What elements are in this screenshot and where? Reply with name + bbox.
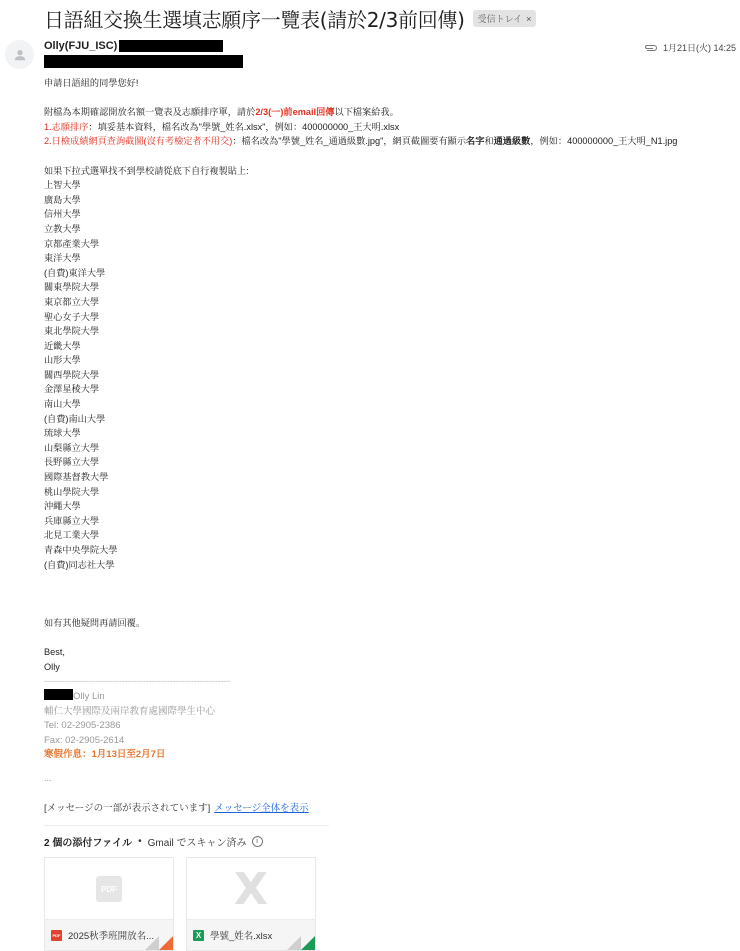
school-item: 青森中央學院大學 [44,543,677,558]
attachments-divider [44,825,329,826]
signoff-name: Olly [44,660,677,675]
attachment-card-xlsx[interactable]: X X 學號_姓名.xlsx [186,857,316,951]
info-icon[interactable]: i [252,836,263,847]
school-item: (自費)東洋大學 [44,266,677,281]
remove-label-icon[interactable]: × [526,14,531,24]
item2-text-and: 和 [484,136,493,146]
signature-name-row: Olly Lin [44,689,677,705]
spreadsheet-icon: X [234,864,268,915]
school-item: 聖心女子大學 [44,310,677,325]
item1-label: 1.志願排序 [44,122,88,132]
school-item: 長野縣立大學 [44,455,677,470]
school-list: 上智大學 廣島大學 信州大學 立教大學 京都產業大學 東洋大學 (自費)東洋大學… [44,178,677,572]
school-item: 東洋大學 [44,251,677,266]
greeting: 申請日語組的同學您好! [44,76,677,91]
page-fold-icon [159,936,173,950]
subject-row: 日語組交換生選填志願序一覽表(請於2/3前回傳) 受信トレイ × [44,4,536,33]
fold-shade [287,936,301,950]
school-item: 上智大學 [44,178,677,193]
item2-example: ，例如：400000000_王大明_N1.jpg [530,136,677,146]
email-meta: 1月21日(火) 14:25 [644,41,736,54]
inbox-label-chip[interactable]: 受信トレイ × [473,10,537,27]
intro-line: 附檔為本期確認開放名額一覽表及志願排序單，請於2/3(一)前email回傳以下檔… [44,105,677,120]
school-item: 立教大學 [44,222,677,237]
item1-text: ：填妥基本資料，檔名改為"學號_姓名.xlsx"，例如：400000000_王大… [88,122,399,132]
holiday-notice: 寒假作息：1月13日至2月7日 [44,748,677,763]
school-item: 東北學院大學 [44,324,677,339]
sender-row: Olly(FJU_ISC) [44,40,223,52]
school-item: 山形大學 [44,353,677,368]
school-item: 桃山學院大學 [44,485,677,500]
page-fold-icon [301,936,315,950]
item2-text: ：檔名改為"學號_姓名_通過級數.jpg"，網頁截圖要有顯示 [232,136,466,146]
attachment-count: 2 個の添付ファイル [44,834,132,849]
item2-bold-name: 名字 [466,136,484,146]
redacted-title [44,689,73,700]
closing-question: 如有其他疑問再請回覆。 [44,616,677,631]
scan-status: Gmail でスキャン済み [148,834,247,849]
school-item: 沖繩大學 [44,499,677,514]
sender-avatar[interactable] [5,40,34,69]
paperclip-icon [644,44,657,52]
signature-block: Olly Lin 輔仁大學國際及兩岸教育處國際學生中心 Tel: 02-2905… [44,689,677,763]
redacted-sender-email [119,40,223,52]
signature-org: 輔仁大學國際及兩岸教育處國際學生中心 [44,705,677,720]
fold-shade [145,936,159,950]
redacted-recipient [44,55,243,68]
school-item: 近畿大學 [44,339,677,354]
school-item: 山梨縣立大學 [44,441,677,456]
item2-label: 2.日檢成績網頁查詢截圖(沒有考檢定者不用交) [44,136,232,146]
attachment-filename: 2025秋季班開放名... [68,928,154,942]
email-date: 1月21日(火) 14:25 [663,41,736,54]
signoff: Best, [44,645,677,660]
school-item: 東京都立大學 [44,295,677,310]
school-item: 兵庫縣立大學 [44,514,677,529]
intro-text: 附檔為本期確認開放名額一覽表及志願排序單，請於 [44,107,255,117]
signature-name: Olly Lin [73,691,105,702]
signature-separator: ----------------------------------------… [44,674,239,689]
deadline-highlight: 2/3(一)前email回傳 [255,107,334,117]
school-item: 信州大學 [44,207,677,222]
attachment-filename: 學號_姓名.xlsx [210,928,272,942]
separator-dot: • [138,836,142,847]
xlsx-file-icon: X [193,930,204,941]
show-trimmed-content[interactable]: ... [44,773,52,783]
trimmed-message-notice: [メッセージの一部が表示されています]メッセージ全体を表示 [44,800,309,814]
pdf-file-icon: PDF [51,930,62,941]
person-icon [13,48,27,62]
inbox-label-text: 受信トレイ [478,12,523,25]
school-item: 北見工業大學 [44,528,677,543]
copy-instruction: 如果下拉式選單找不到學校請從底下自行複製貼上: [44,164,677,179]
school-item: 琉球大學 [44,426,677,441]
school-item: 國際基督教大學 [44,470,677,485]
signature-tel: Tel: 02-2905-2386 [44,719,677,734]
school-item: (自費)南山大學 [44,412,677,427]
intro-text-end: 以下檔案給我。 [334,107,398,117]
view-full-message-link[interactable]: メッセージ全体を表示 [214,803,308,814]
instruction-item-2: 2.日檢成績網頁查詢截圖(沒有考檢定者不用交)：檔名改為"學號_姓名_通過級數.… [44,134,677,149]
pdf-icon: PDF [96,876,122,902]
email-body: 申請日語組的同學您好! 附檔為本期確認開放名額一覽表及志願排序單，請於2/3(一… [44,76,677,763]
school-item: 廣島大學 [44,193,677,208]
school-item: 關東學院大學 [44,280,677,295]
trimmed-notice-text: [メッセージの一部が表示されています] [44,803,210,814]
school-item: (自費)同志社大學 [44,558,677,573]
item2-bold-level: 通過級數 [494,136,531,146]
school-item: 南山大學 [44,397,677,412]
attachment-card-pdf[interactable]: PDF PDF 2025秋季班開放名... [44,857,174,951]
attachments-header: 2 個の添付ファイル • Gmail でスキャン済み i [44,834,263,849]
attachment-preview: X [187,858,315,920]
school-item: 京都產業大學 [44,237,677,252]
school-item: 關西學院大學 [44,368,677,383]
attachment-preview: PDF [45,858,173,920]
signature-fax: Fax: 02-2905-2614 [44,734,677,749]
email-subject: 日語組交換生選填志願序一覽表(請於2/3前回傳) [44,4,465,33]
school-item: 金澤星稜大學 [44,382,677,397]
sender-name[interactable]: Olly(FJU_ISC) [44,40,117,52]
instruction-item-1: 1.志願排序：填妥基本資料，檔名改為"學號_姓名.xlsx"，例如：400000… [44,120,677,135]
